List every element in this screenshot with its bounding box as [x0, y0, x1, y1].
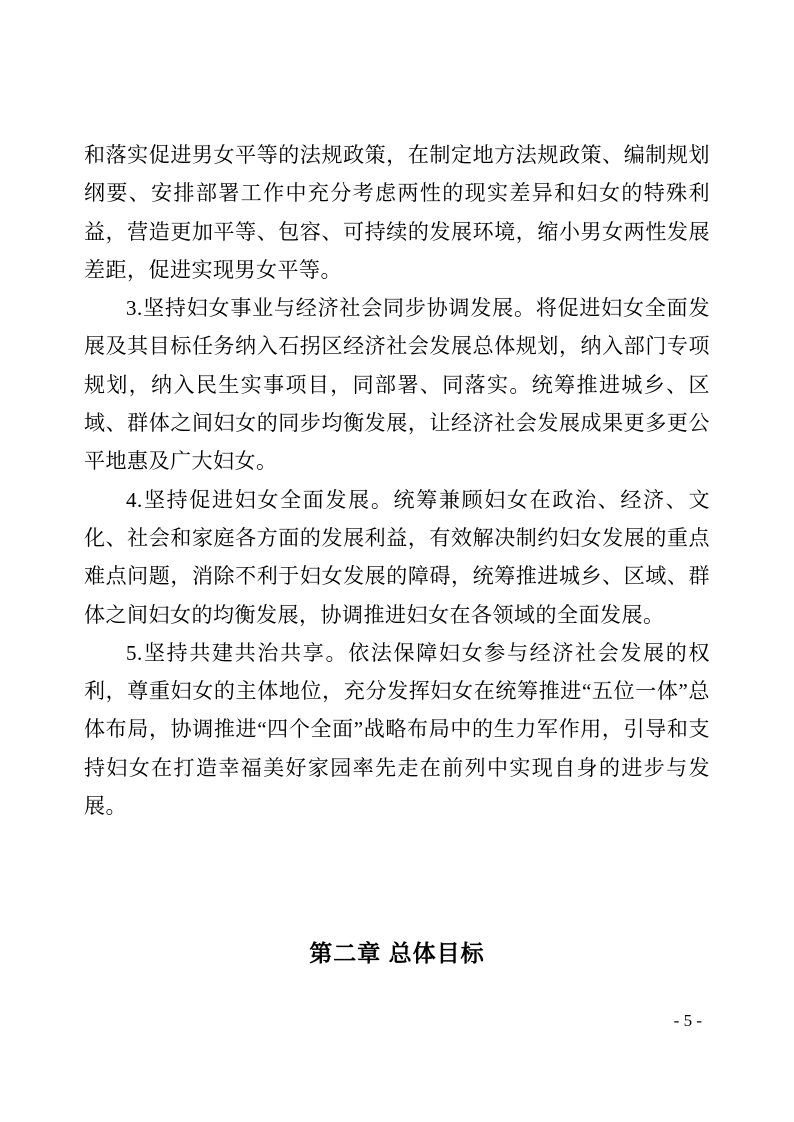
body-paragraph-item-4: 4.坚持促进妇女全面发展。统筹兼顾妇女在政治、经济、文化、社会和家庭各方面的发展…: [84, 481, 710, 634]
body-paragraph-item-5: 5.坚持共建共治共享。依法保障妇女参与经济社会发展的权利，尊重妇女的主体地位，充…: [84, 634, 710, 825]
body-paragraph-item-3: 3.坚持妇女事业与经济社会同步协调发展。将促进妇女全面发展及其目标任务纳入石拐区…: [84, 289, 710, 480]
chapter-heading: 第二章 总体目标: [84, 938, 710, 968]
page-number: - 5 -: [674, 1010, 702, 1032]
document-page: 和落实促进男女平等的法规政策，在制定地方法规政策、编制规划纲要、安排部署工作中充…: [0, 0, 794, 1122]
body-paragraph-continuation: 和落实促进男女平等的法规政策，在制定地方法规政策、编制规划纲要、安排部署工作中充…: [84, 136, 710, 289]
page-body-text: 和落实促进男女平等的法规政策，在制定地方法规政策、编制规划纲要、安排部署工作中充…: [84, 136, 710, 968]
